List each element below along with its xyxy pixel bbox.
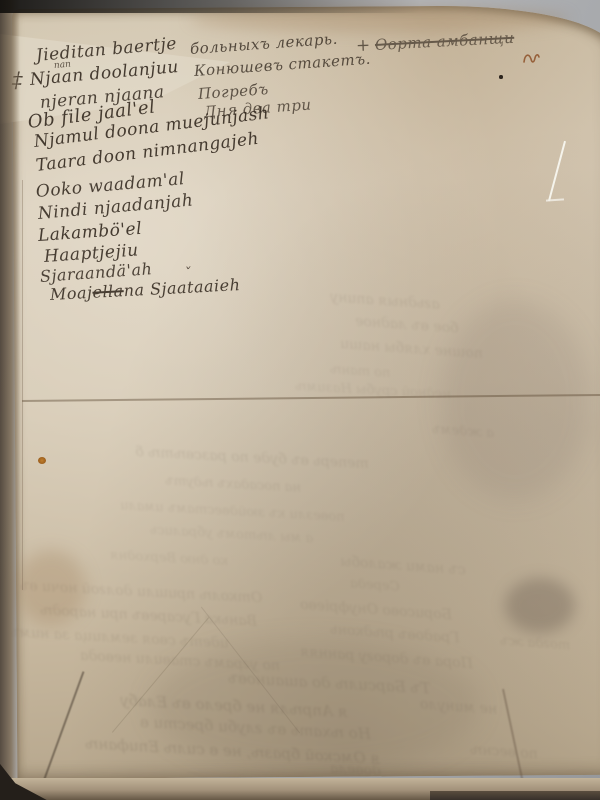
top-dark-edge — [0, 0, 420, 13]
rust-spot — [38, 457, 46, 464]
margin-annotation: nan — [54, 60, 72, 71]
bottom-right-smudge — [505, 578, 575, 633]
photo-canvas: агьдныя апинубое въ ладноепошне хлябы на… — [0, 0, 600, 800]
left-dark-edge — [0, 0, 20, 800]
rust-squiggle-icon — [522, 50, 542, 66]
margin-annotation: ˇ — [183, 265, 191, 282]
under-page-edge-line — [22, 180, 23, 590]
ink-dot — [499, 75, 503, 79]
bleedthrough-line: довела — [330, 761, 382, 780]
bottom-right-dark-strip — [430, 791, 600, 800]
mid-right-smudge — [440, 300, 590, 500]
header-note-line: + — [356, 35, 371, 56]
